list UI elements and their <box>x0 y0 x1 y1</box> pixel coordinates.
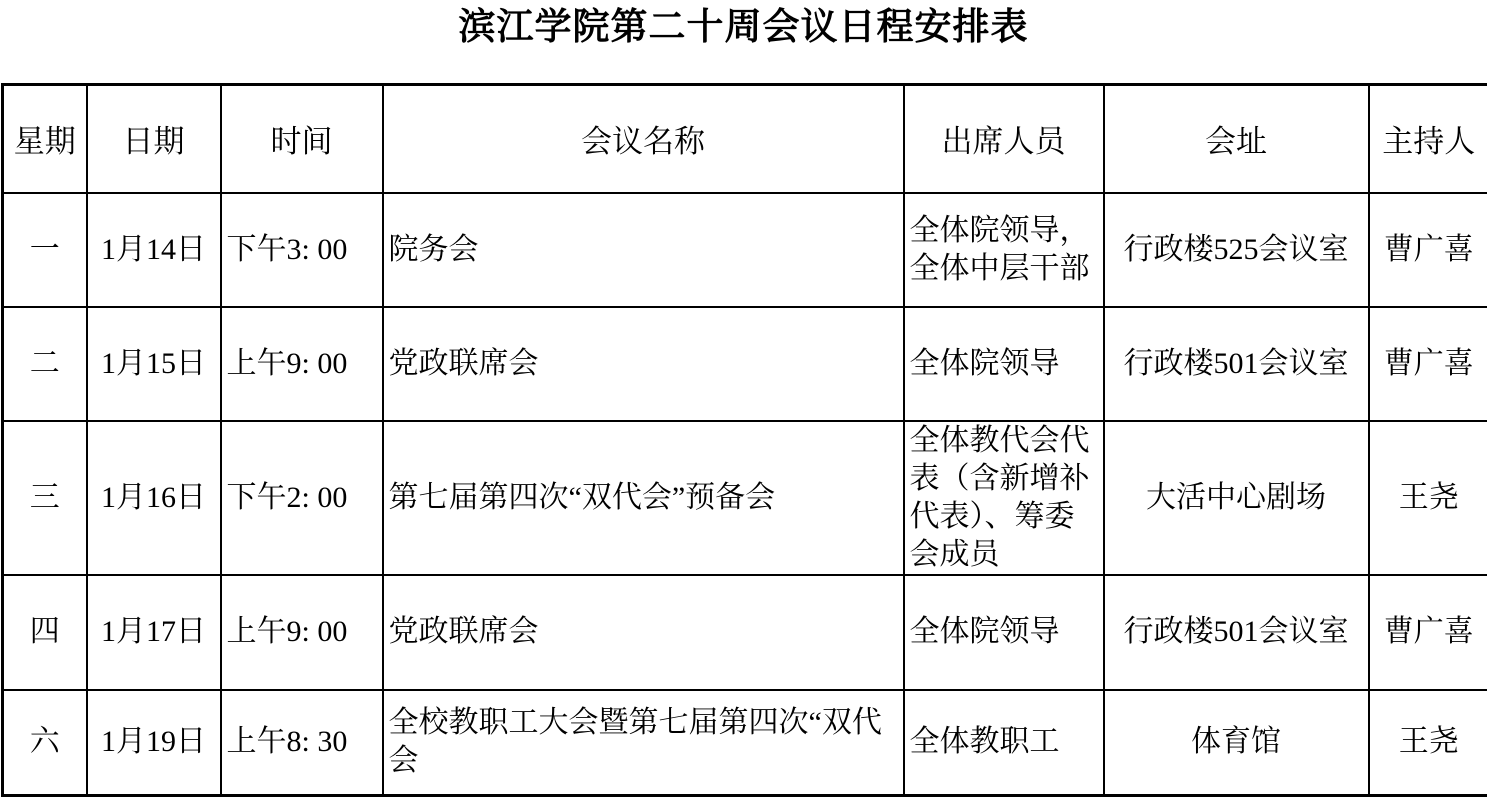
cell-weekday: 二 <box>3 307 87 421</box>
page-title: 滨江学院第二十周会议日程安排表 <box>0 0 1487 50</box>
table-row: 六1月19日上午8: 30全校教职工大会暨第七届第四次“双代会全体教职工体育馆王… <box>3 690 1487 796</box>
cell-attendees: 全体院领导，全体中层干部 <box>904 193 1104 307</box>
cell-host: 曹广喜 <box>1369 575 1487 690</box>
cell-date: 1月16日 <box>87 421 221 575</box>
cell-venue: 行政楼525会议室 <box>1104 193 1369 307</box>
cell-time: 上午9: 00 <box>221 575 383 690</box>
header-time: 时间 <box>221 85 383 193</box>
cell-host: 曹广喜 <box>1369 307 1487 421</box>
cell-weekday: 四 <box>3 575 87 690</box>
cell-date: 1月15日 <box>87 307 221 421</box>
meeting-schedule-table: 星期日期时间会议名称出席人员会址主持人 一1月14日下午3: 00院务会全体院领… <box>1 83 1487 797</box>
cell-time: 上午9: 00 <box>221 307 383 421</box>
cell-attendees: 全体教职工 <box>904 690 1104 796</box>
cell-weekday: 一 <box>3 193 87 307</box>
cell-venue: 行政楼501会议室 <box>1104 307 1369 421</box>
cell-host: 王尧 <box>1369 690 1487 796</box>
cell-meeting: 党政联席会 <box>383 575 904 690</box>
header-date: 日期 <box>87 85 221 193</box>
table-row: 二1月15日上午9: 00党政联席会全体院领导行政楼501会议室曹广喜 <box>3 307 1487 421</box>
header-attendees: 出席人员 <box>904 85 1104 193</box>
table-row: 一1月14日下午3: 00院务会全体院领导，全体中层干部行政楼525会议室曹广喜 <box>3 193 1487 307</box>
cell-meeting: 党政联席会 <box>383 307 904 421</box>
cell-attendees: 全体院领导 <box>904 575 1104 690</box>
header-weekday: 星期 <box>3 85 87 193</box>
cell-date: 1月17日 <box>87 575 221 690</box>
cell-date: 1月19日 <box>87 690 221 796</box>
cell-date: 1月14日 <box>87 193 221 307</box>
table-row: 四1月17日上午9: 00党政联席会全体院领导行政楼501会议室曹广喜 <box>3 575 1487 690</box>
table-row: 三1月16日下午2: 00第七届第四次“双代会”预备会全体教代会代表（含新增补代… <box>3 421 1487 575</box>
cell-weekday: 三 <box>3 421 87 575</box>
cell-time: 下午2: 00 <box>221 421 383 575</box>
cell-attendees: 全体教代会代表（含新增补代表）、筹委会成员 <box>904 421 1104 575</box>
cell-venue: 大活中心剧场 <box>1104 421 1369 575</box>
header-venue: 会址 <box>1104 85 1369 193</box>
cell-meeting: 院务会 <box>383 193 904 307</box>
cell-venue: 行政楼501会议室 <box>1104 575 1369 690</box>
document-page: 滨江学院第二十周会议日程安排表 星期日期时间会议名称出席人员会址主持人 一1月1… <box>0 0 1487 800</box>
cell-host: 王尧 <box>1369 421 1487 575</box>
cell-attendees: 全体院领导 <box>904 307 1104 421</box>
cell-time: 上午8: 30 <box>221 690 383 796</box>
cell-meeting: 第七届第四次“双代会”预备会 <box>383 421 904 575</box>
cell-meeting: 全校教职工大会暨第七届第四次“双代会 <box>383 690 904 796</box>
cell-venue: 体育馆 <box>1104 690 1369 796</box>
cell-weekday: 六 <box>3 690 87 796</box>
header-meeting: 会议名称 <box>383 85 904 193</box>
cell-host: 曹广喜 <box>1369 193 1487 307</box>
header-host: 主持人 <box>1369 85 1487 193</box>
header-row: 星期日期时间会议名称出席人员会址主持人 <box>3 85 1487 193</box>
cell-time: 下午3: 00 <box>221 193 383 307</box>
